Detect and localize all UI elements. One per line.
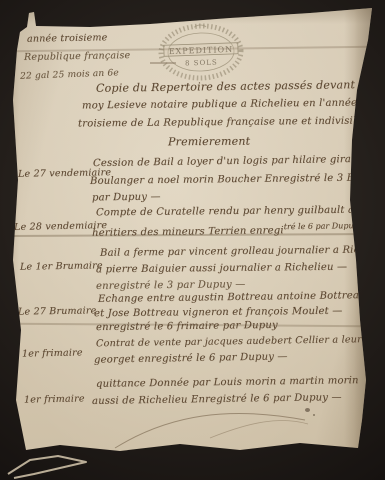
- title-line-3: troisieme de La Republique française une…: [78, 115, 369, 129]
- entry-date: Le 1er Brumaire: [20, 260, 103, 272]
- entry-date: 1er frimaire: [22, 347, 83, 359]
- section-heading: Premierement: [168, 135, 250, 149]
- entry-text-line: a pierre Baiguier aussi journalier a Ric…: [96, 262, 347, 276]
- entry-text-line: et Jose Bottreau vigneron et françois Mo…: [94, 306, 343, 320]
- entry-text-line: Echange entre augustin Bottreau antoine …: [98, 290, 366, 305]
- paper-thread: [0, 448, 110, 480]
- stamp-text-sols: 8 SOLS: [185, 58, 218, 67]
- entry-text-line: Compte de Curatelle rendu par henry guil…: [96, 205, 367, 219]
- entry-text-line: enregistré le 3 par Dupuy —: [96, 279, 245, 292]
- margin-note-registration: 22 gal 25 mois an 6e: [20, 68, 119, 81]
- entry-date: Le 27 Brumaire: [18, 305, 97, 317]
- entry-date: 1er frimaire: [24, 393, 85, 405]
- scan-background: année troisieme Republique française 22 …: [0, 0, 385, 480]
- entry-text-superscript: tré le 6 par Dupuy: [284, 221, 359, 231]
- entry-text-line: Cession de Bail a loyer d'un logis par h…: [93, 154, 363, 169]
- entry-text-line: georget enregistré le 6 par Dupuy —: [94, 351, 288, 365]
- margin-note-year: année troisieme: [27, 32, 108, 44]
- entry-text-line: par Dupuy —: [92, 192, 161, 204]
- paper-right-fold: [344, 0, 374, 480]
- paper-sheet: année troisieme Republique française 22 …: [0, 0, 385, 480]
- revenue-stamp: EXPEDITION 8 SOLS: [155, 20, 247, 83]
- title-line-1: Copie du Repertoire des actes passés dev…: [96, 78, 355, 95]
- pen-flourish: [90, 400, 340, 455]
- entry-text-line: Contrat de vente par jacques audebert Ce…: [96, 334, 385, 350]
- ink-blot: [305, 408, 310, 412]
- entry-text-line: Bail a ferme par vincent grolleau journa…: [100, 244, 385, 259]
- entry-text-line: enregistré le 6 frimaire par Dupuy: [96, 320, 278, 333]
- entry-text-line: quittance Donnée par Louis morin a marti…: [96, 375, 359, 390]
- entry-text-line: heritiers des mineurs Terrien enregitré …: [92, 221, 358, 239]
- title-line-2: moy Lesieve notaire publique a Richelieu…: [82, 98, 357, 112]
- entry-text-line: Boulanger a noel morin Boucher Enregistr…: [90, 172, 385, 187]
- margin-note-republic: Republique française: [24, 50, 131, 63]
- entry-text-base: heritiers des mineurs Terrien enregi: [92, 225, 284, 239]
- ink-blot: [313, 414, 315, 416]
